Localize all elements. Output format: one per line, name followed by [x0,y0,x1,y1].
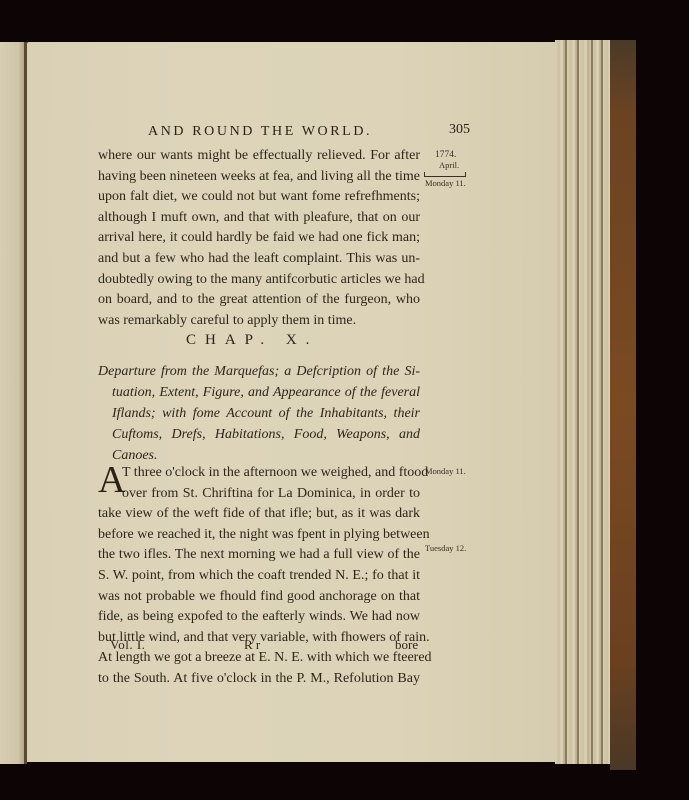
catchword: bore [395,637,418,653]
summary-line: Cuftoms, Drefs, Habitations, Food, Weapo… [98,424,420,445]
text-line: fide, as being expofed to the eafterly w… [98,607,420,628]
paragraph-2: T three o'clock in the afternoon we weig… [98,463,420,690]
text-line: the two ifles. The next morning we had a… [98,545,420,566]
running-head: AND ROUND THE WORLD. [148,124,372,140]
text-line: where our wants might be effectually rel… [98,146,420,167]
margin-note-date: Tuesday 12. [425,543,466,553]
text-line: was remarkably careful to apply them in … [98,311,420,332]
signature-mark: R r [244,637,260,653]
margin-bracket [424,172,466,177]
text-line: S. W. point, from which the coaft trende… [98,566,420,587]
text-line: to the South. At five o'clock in the P. … [98,669,420,690]
chapter-heading: CHAP. X. [186,332,318,349]
margin-note-date: Monday 11. [425,466,466,476]
summary-line: tuation, Extent, Figure, and Appearance … [98,382,420,403]
leather-cover-edge [610,40,636,770]
chapter-summary: Departure from the Marquefas; a Defcript… [98,361,420,466]
text-line: upon falt diet, we could not but want fo… [98,187,420,208]
text-line: doubtedly owing to the many antifcorbuti… [98,270,420,291]
page-edge-line [577,40,579,764]
text-line: having been nineteen weeks at fea, and l… [98,167,420,188]
text-line: before we reached it, the night was fpen… [98,525,420,546]
margin-note-date: Monday 11. [425,178,466,188]
text-line: on board, and to the great attention of … [98,290,420,311]
page-edge-line [591,40,593,764]
text-line: and but a few who had the leaft complain… [98,249,420,270]
summary-line: Iflands; with fome Account of the Inhabi… [98,403,420,424]
page-edge-line [601,40,603,764]
margin-note-month: April. [439,160,459,170]
text-line: over from St. Chriftina for La Dominica,… [98,484,420,505]
text-line: was not probable we fhould find good anc… [98,587,420,608]
text-line: although I muft own, and that with pleaf… [98,208,420,229]
page-edge-line [565,40,567,764]
page-number: 305 [449,122,470,138]
summary-line: Departure from the Marquefas; a Defcript… [98,361,420,382]
volume-label: Vol. I. [110,637,145,653]
text-line: T three o'clock in the afternoon we weig… [98,463,420,484]
text-line: take view of the weft fide of that ifle;… [98,504,420,525]
text-line: arrival here, it could hardly be faid we… [98,228,420,249]
margin-note-year: 1774. [435,150,456,160]
left-page-edge [0,42,26,764]
paragraph-1: where our wants might be effectually rel… [98,146,420,331]
